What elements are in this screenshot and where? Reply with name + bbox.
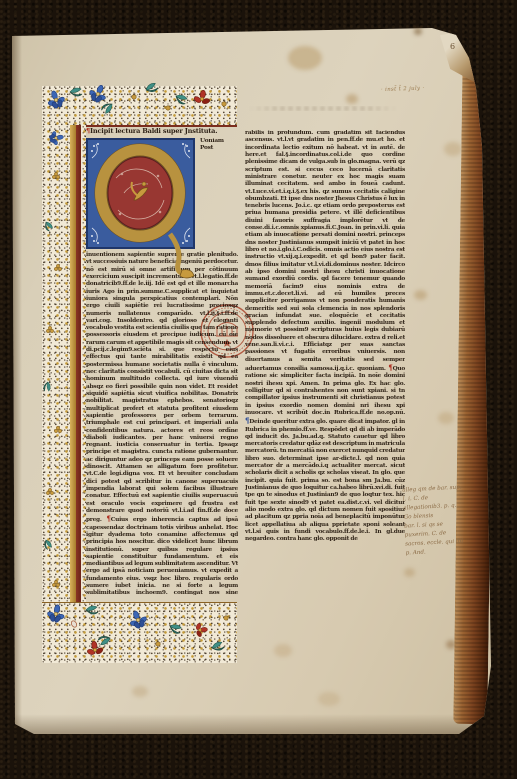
photo-of-incunable-page: ¶Incipit lectura Baldi super Jnstituta. (0, 0, 517, 779)
margin-note: alleg qm de bar. sup. l. i. C. de allega… (402, 483, 466, 558)
right-text-column: rabilis in profundum. cum gradatim sit f… (245, 130, 405, 598)
page-left-edge-shadow (12, 34, 22, 730)
text-segment: Quo ratione sic simpliciter facta incipi… (245, 366, 405, 416)
page-bottom-edge-shadow (12, 714, 482, 736)
folio-number: 6 (450, 42, 455, 51)
illuminated-initial-Q (86, 138, 196, 250)
rubric-heading: ¶Incipit lectura Baldi super Jnstituta. (86, 127, 238, 137)
border-maroon-bar (76, 125, 81, 602)
text-segment: rabilis in profundum. cum gradatim sit f… (245, 130, 405, 372)
ink-offset-ghost (248, 106, 398, 111)
rubric-text: Incipit lectura Baldi super Jnstituta. (90, 127, 217, 135)
book-fore-edge (453, 48, 496, 724)
library-stamp (199, 303, 256, 360)
text-segment: Cuius ergo inherencia captus ad ipsā cap… (86, 517, 238, 598)
text-segment: Deinde queritur extra glo. quare dicat i… (245, 419, 405, 542)
margin-note-line: sacros. eccle. qui ibi p. And. (405, 537, 466, 558)
stamp-building-icon (216, 319, 238, 336)
illuminated-border-bottom (42, 602, 237, 663)
bent-page-corner (440, 30, 474, 82)
stamp-star-icon (223, 339, 232, 347)
left-text-column: Uoniam Post inuentionem sapientie suprem… (86, 138, 238, 598)
